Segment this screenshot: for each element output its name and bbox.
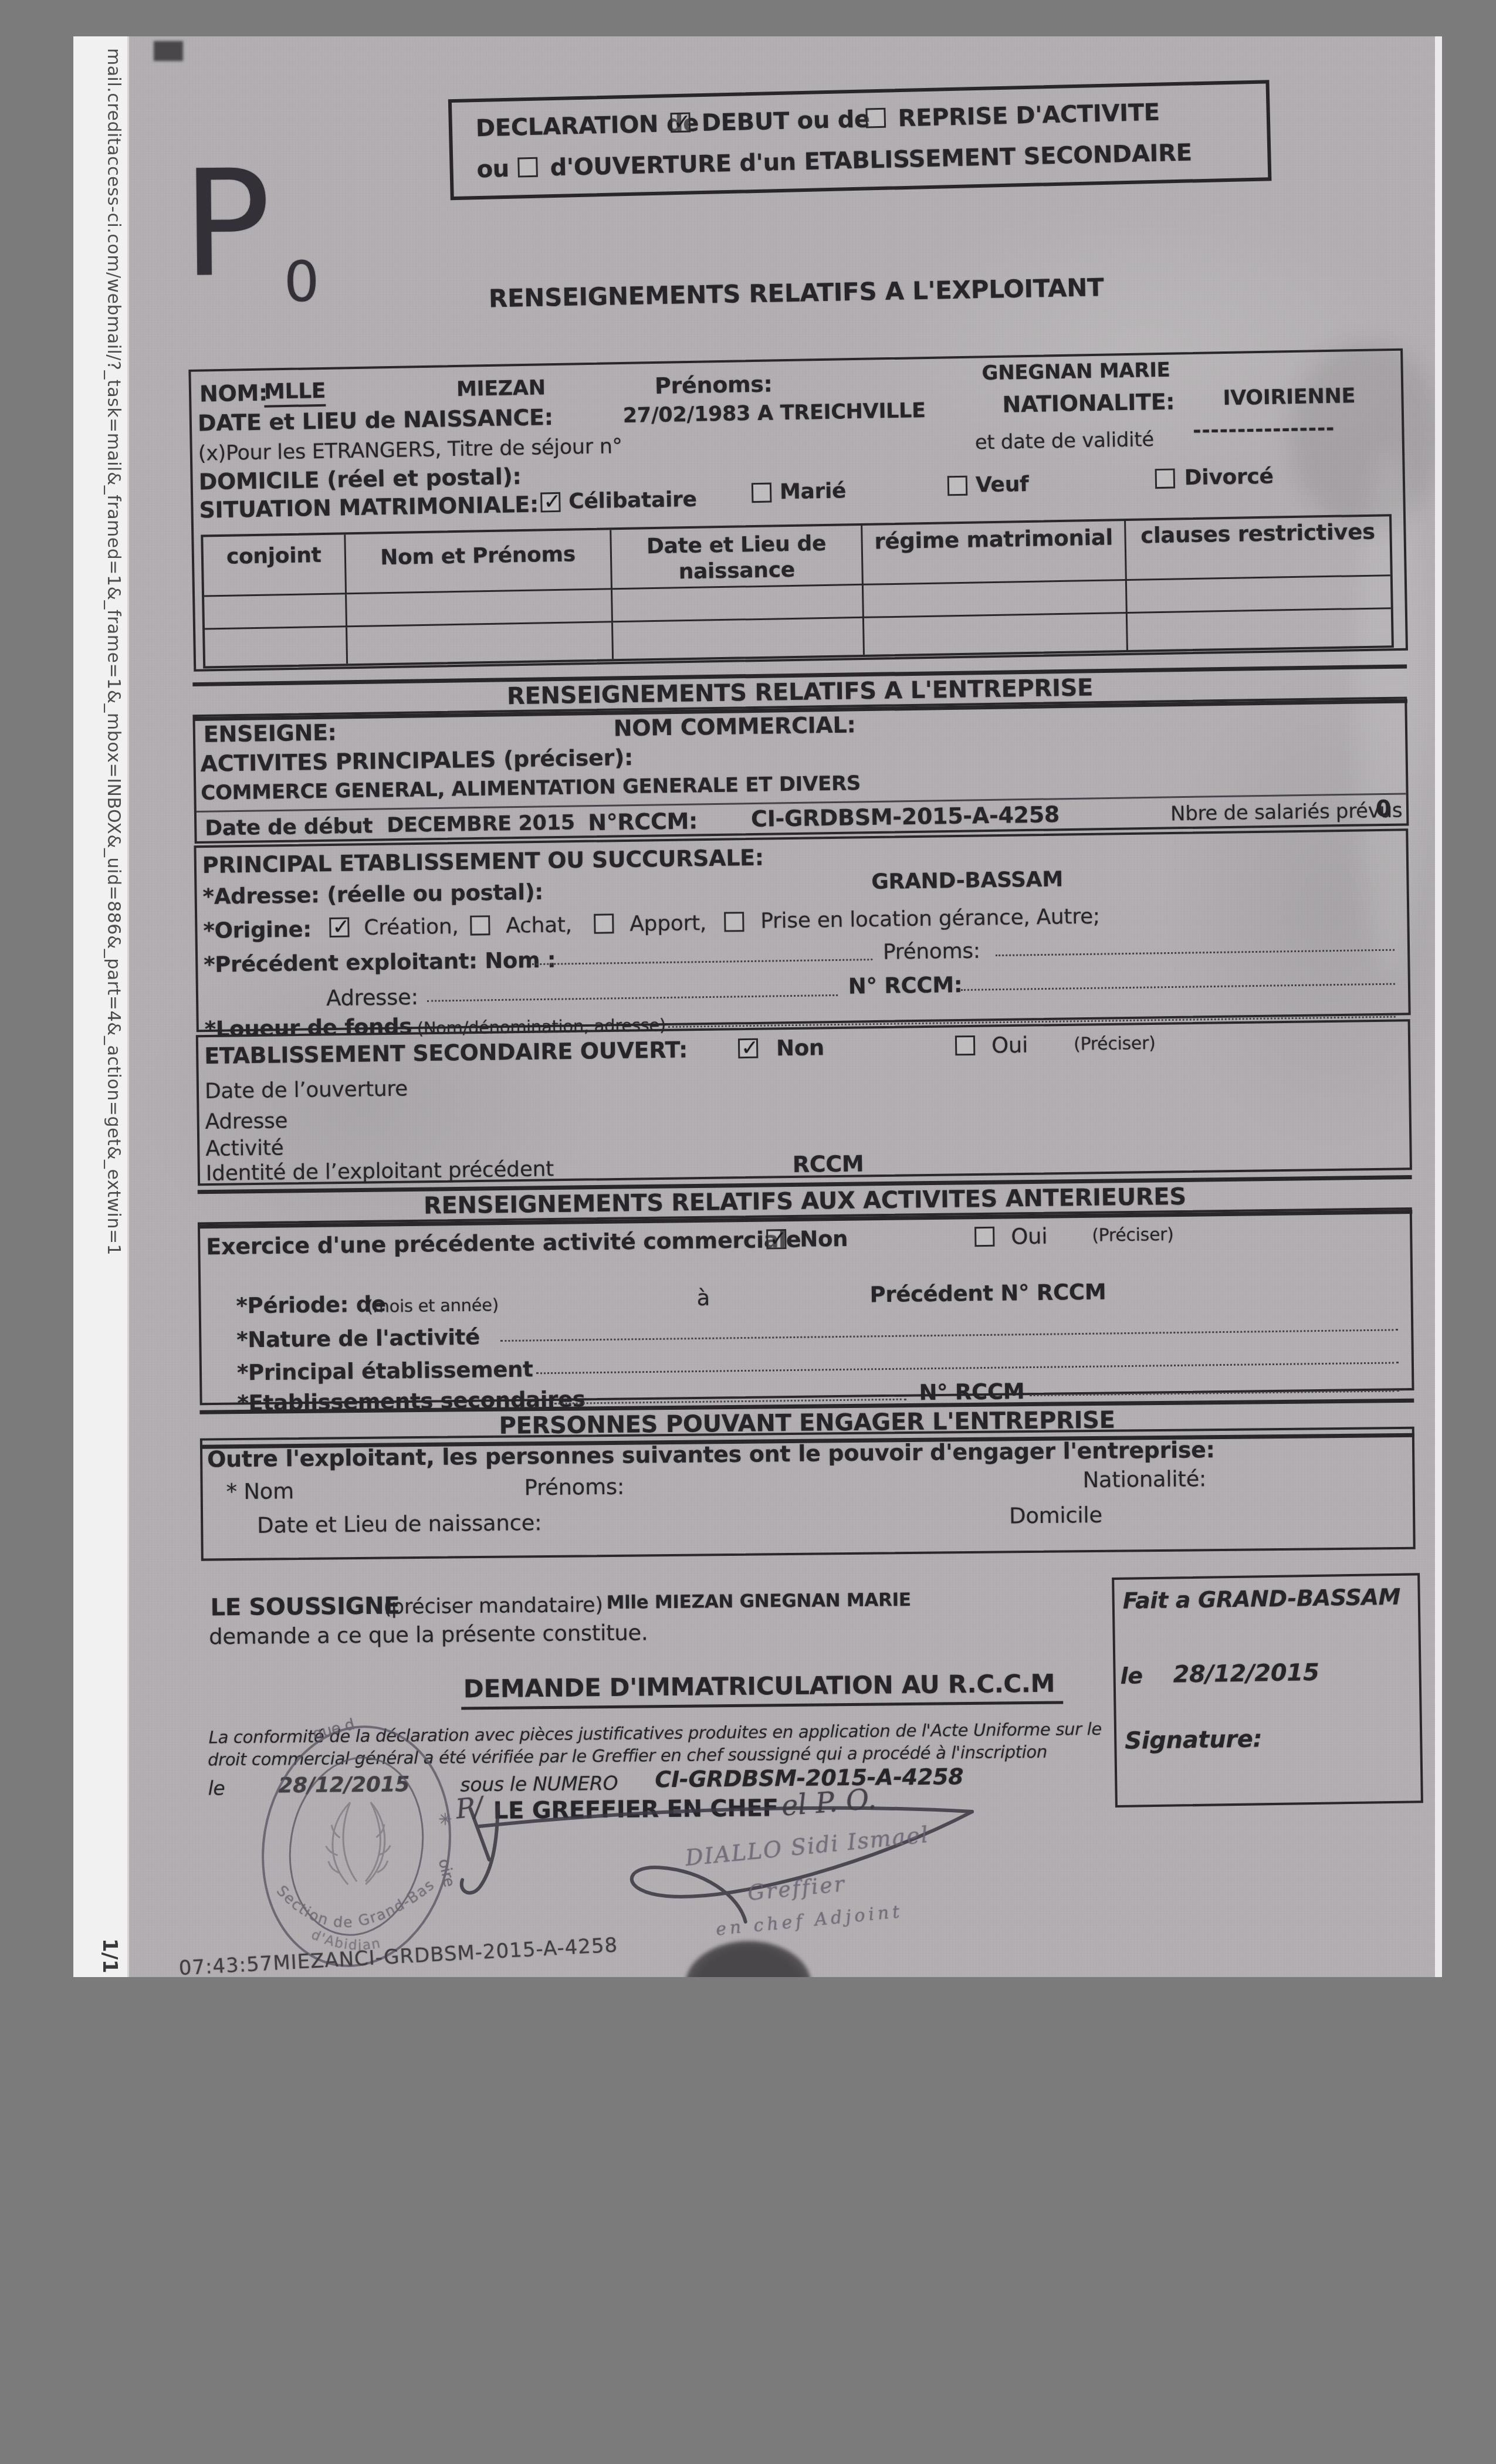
validite-label: et date de validité xyxy=(974,428,1154,454)
checkbox-reprise xyxy=(865,108,886,128)
table-cell xyxy=(1128,609,1392,650)
rccm-value: CI-GRDBSM-2015-A-4258 xyxy=(751,801,1060,832)
checkbox-veuf xyxy=(947,476,968,496)
date-debut-value: DECEMBRE 2015 xyxy=(387,811,575,837)
fill-line xyxy=(500,1313,1398,1342)
checkbox-ouverture xyxy=(517,157,538,178)
activites-label: ACTIVITES PRINCIPALES (préciser): xyxy=(200,744,633,777)
checkbox-creation: ✓ xyxy=(329,918,349,937)
table-header-nom-prenoms: Nom et Prénoms xyxy=(346,530,612,594)
nationalite-label: NATIONALITE: xyxy=(1002,389,1175,418)
checkbox-celibataire: ✓ xyxy=(540,492,561,513)
checkbox-marie xyxy=(752,483,772,503)
option-marie: Marié xyxy=(780,479,847,504)
personnes-prenoms-label: Prénoms: xyxy=(524,1474,624,1501)
precedent-exploitant-label: *Précédent exploitant: Nom : xyxy=(204,947,556,977)
secondaire-adresse-label: Adresse xyxy=(205,1109,287,1134)
table-header-regime: régime matrimonial xyxy=(862,521,1127,585)
anterieur-rccm-label: N° RCCM xyxy=(919,1379,1024,1405)
fait-date: 28/12/2015 xyxy=(1173,1659,1319,1688)
fait-line: Fait a GRAND-BASSAM xyxy=(1122,1584,1400,1614)
precedent-rccm-label: N° RCCM: xyxy=(848,972,963,999)
salaries-label: Nbre de salariés prévus xyxy=(1170,799,1403,826)
activites-anterieures-box: Exercice d'une précédente activité comme… xyxy=(198,1207,1414,1405)
checkbox-divorce xyxy=(1155,469,1176,489)
prenoms-label: Prénoms: xyxy=(655,371,773,399)
fait-le-label: le xyxy=(1120,1663,1143,1689)
domicile-label: DOMICILE (réel et postal): xyxy=(198,463,522,495)
checkbox-secondaire-non: ✓ xyxy=(738,1038,758,1058)
nationalite-value: IVOIRIENNE xyxy=(1223,384,1355,410)
signature-stroke xyxy=(461,1806,499,1893)
option-divorce: Divorcé xyxy=(1184,465,1274,490)
etablissement-secondaire-box: ETABLISSEMENT SECONDAIRE OUVERT: ✓ Non O… xyxy=(196,1019,1412,1186)
stamp-fragment-top: que d xyxy=(311,1715,356,1743)
table-cell xyxy=(613,618,865,659)
personnes-naissance-label: Date et Lieu de naissance: xyxy=(257,1510,541,1538)
declaration-line2-text: d'OUVERTURE d'un ETABLISSEMENT SECONDAIR… xyxy=(550,139,1192,181)
scanned-form-paper: P 0 DECLARATION de ✓ DEBUT ou de REPRISE… xyxy=(129,36,1442,1977)
exploitant-box: NOM: MLLE MIEZAN Prénoms: GNEGNAN MARIE … xyxy=(188,348,1408,672)
naissance-value: 27/02/1983 A TREICHVILLE xyxy=(622,399,926,428)
table-cell xyxy=(205,627,348,666)
secondaire-preciser-label: (Préciser) xyxy=(1074,1033,1156,1055)
enseigne-label: ENSEIGNE: xyxy=(204,719,337,747)
checkbox-secondaire-oui xyxy=(955,1035,975,1055)
secondaire-activite-label: Activité xyxy=(205,1136,284,1161)
table-header-conjoint: conjoint xyxy=(203,534,346,597)
fill-line xyxy=(427,979,838,1002)
fill-line xyxy=(532,943,872,965)
fill-line xyxy=(554,1383,906,1404)
adresse-value: GRAND-BASSAM xyxy=(871,868,1063,895)
demande-immatriculation-title: DEMANDE D'IMMATRICULATION AU R.C.C.M xyxy=(461,1669,1064,1710)
nom-name-value: MIEZAN xyxy=(456,376,546,401)
checkbox-achat xyxy=(470,915,490,935)
conjoint-table: conjoint Nom et Prénoms Date et Lieu de … xyxy=(201,514,1394,668)
nom-value: MLLE xyxy=(264,379,326,408)
soussigne-value: Mlle MIEZAN GNEGNAN MARIE xyxy=(606,1589,911,1613)
webmail-url-text: mail.creditaccess-ci.com/webmail/?_task=… xyxy=(103,48,124,1255)
fait-signature-label: Signature: xyxy=(1125,1725,1263,1754)
soussigne-line2: demande a ce que la présente constitue. xyxy=(209,1620,648,1649)
fill-line xyxy=(961,967,1395,991)
principal-title: PRINCIPAL ETABLISSEMENT OU SUCCURSALE: xyxy=(202,845,764,878)
form-code-letter: P xyxy=(182,150,272,297)
naissance-label: DATE et LIEU de NAISSANCE: xyxy=(198,404,553,436)
salaries-value: 0 xyxy=(1376,796,1392,821)
rccm-label: N°RCCM: xyxy=(588,808,698,835)
option-location-gerance: Prise en location gérance, Autre; xyxy=(760,905,1100,933)
scanned-page-background: mail.creditaccess-ci.com/webmail/?_task=… xyxy=(0,0,1496,2464)
secondaire-oui-label: Oui xyxy=(991,1033,1028,1058)
greffe-le-label: le xyxy=(208,1776,225,1799)
table-cell xyxy=(347,622,614,664)
date-ouverture-label: Date de l’ouverture xyxy=(205,1077,408,1104)
adresse-label: *Adresse: (réelle ou postal): xyxy=(202,879,543,909)
option-apport: Apport, xyxy=(629,911,706,936)
checkbox-anterieure-non: ✓ xyxy=(766,1229,786,1249)
personnes-box: Outre l'exploitant, les personnes suivan… xyxy=(200,1427,1416,1561)
option-creation: Création, xyxy=(364,915,459,940)
origine-label: *Origine: xyxy=(203,916,312,943)
declaration-line2-ou: ou xyxy=(476,155,509,183)
secondaire-non-label: Non xyxy=(776,1035,824,1061)
declaration-line1-reprise: REPRISE D'ACTIVITE xyxy=(898,99,1160,132)
soussigne-sublabel: (préciser mandataire) xyxy=(383,1593,603,1619)
entreprise-box: ENSEIGNE: NOM COMMERCIAL: ACTIVITES PRIN… xyxy=(192,696,1409,844)
signature-stroke xyxy=(471,1809,489,1860)
periode-label: *Période: de xyxy=(236,1291,386,1318)
precedent-adresse-label: Adresse: xyxy=(326,984,418,1011)
table-cell xyxy=(347,590,613,627)
option-achat: Achat, xyxy=(506,913,572,938)
validite-value: ---------------- xyxy=(1193,417,1335,442)
table-cell xyxy=(612,585,865,622)
nom-commercial-label: NOM COMMERCIAL: xyxy=(614,712,856,741)
nom-label: NOM: xyxy=(199,380,268,407)
prenoms-value: GNEGNAN MARIE xyxy=(981,358,1170,385)
fill-line xyxy=(1029,1374,1399,1396)
periode-a-label: à xyxy=(696,1285,710,1311)
identite-precedent-label: Identité de l’exploitant précédent xyxy=(206,1157,554,1186)
declaration-line1-debut: DEBUT ou de xyxy=(701,106,870,137)
personnes-intro: Outre l'exploitant, les personnes suivan… xyxy=(207,1437,1215,1472)
declaration-header-box: DECLARATION de ✓ DEBUT ou de REPRISE D'A… xyxy=(448,80,1272,200)
situation-label: SITUATION MATRIMONIALE: xyxy=(199,492,539,523)
option-celibataire: Célibataire xyxy=(568,488,697,514)
periode-sublabel: (mois et année) xyxy=(366,1295,499,1316)
soussigne-label: LE SOUSSIGNE xyxy=(210,1592,400,1621)
personnes-nom-label: * Nom xyxy=(226,1478,294,1504)
principal-etab-label: *Principal établissement xyxy=(237,1356,533,1385)
principal-etablissement-box: PRINCIPAL ETABLISSEMENT OU SUCCURSALE: *… xyxy=(194,828,1410,1032)
table-cell xyxy=(864,614,1128,655)
checkbox-debut: ✓ xyxy=(670,113,691,133)
checkbox-location-gerance xyxy=(724,912,744,932)
etrangers-label: (x)Pour les ETRANGERS, Titre de séjour n… xyxy=(198,435,623,466)
anterieure-non-label: Non xyxy=(800,1226,848,1252)
precedent-rccm-anterieur-label: Précédent N° RCCM xyxy=(869,1279,1106,1307)
date-debut-label: Date de début xyxy=(205,814,373,841)
table-cell xyxy=(204,594,347,629)
form-content: P 0 DECLARATION de ✓ DEBUT ou de REPRISE… xyxy=(129,36,1442,1977)
print-margin-strip: mail.creditaccess-ci.com/webmail/?_task=… xyxy=(73,36,129,1977)
anterieure-oui-label: Oui xyxy=(1011,1224,1047,1250)
secondaire-rccm-label: RCCM xyxy=(792,1150,864,1177)
table-cell xyxy=(864,581,1128,618)
personnes-domicile-label: Domicile xyxy=(1009,1502,1102,1529)
section-title-exploitant: RENSEIGNEMENTS RELATIFS A L'EXPLOITANT xyxy=(189,268,1404,319)
table-header-naissance: Date et Lieu de naissance xyxy=(611,526,864,590)
personnes-nationalite-label: Nationalité: xyxy=(1082,1466,1206,1492)
table-header-clauses: clauses restrictives xyxy=(1126,516,1390,581)
signature-stroke xyxy=(479,1806,972,1826)
checkbox-anterieure-oui xyxy=(974,1227,994,1247)
checkbox-apport xyxy=(594,913,614,933)
page-indicator: 1/1 xyxy=(98,1938,121,1974)
fill-line xyxy=(996,933,1395,956)
nature-activite-label: *Nature de l'activité xyxy=(236,1325,480,1353)
declaration-line1-prefix: DECLARATION de xyxy=(475,110,699,142)
exercice-label: Exercice d'une précédente activité comme… xyxy=(206,1227,801,1260)
activites-value: COMMERCE GENERAL, ALIMENTATION GENERALE … xyxy=(201,771,861,805)
fill-line xyxy=(536,1346,1399,1374)
greffier-stamp-role: Greffier xyxy=(747,1864,935,1905)
precedent-prenoms-label: Prénoms: xyxy=(883,939,980,964)
fait-box: Fait a GRAND-BASSAM le 28/12/2015 Signat… xyxy=(1112,1573,1423,1808)
anterieure-preciser-label: (Préciser) xyxy=(1092,1224,1174,1246)
secondaire-title: ETABLISSEMENT SECONDAIRE OUVERT: xyxy=(204,1037,688,1069)
table-cell xyxy=(1127,576,1391,614)
option-veuf: Veuf xyxy=(976,472,1029,497)
